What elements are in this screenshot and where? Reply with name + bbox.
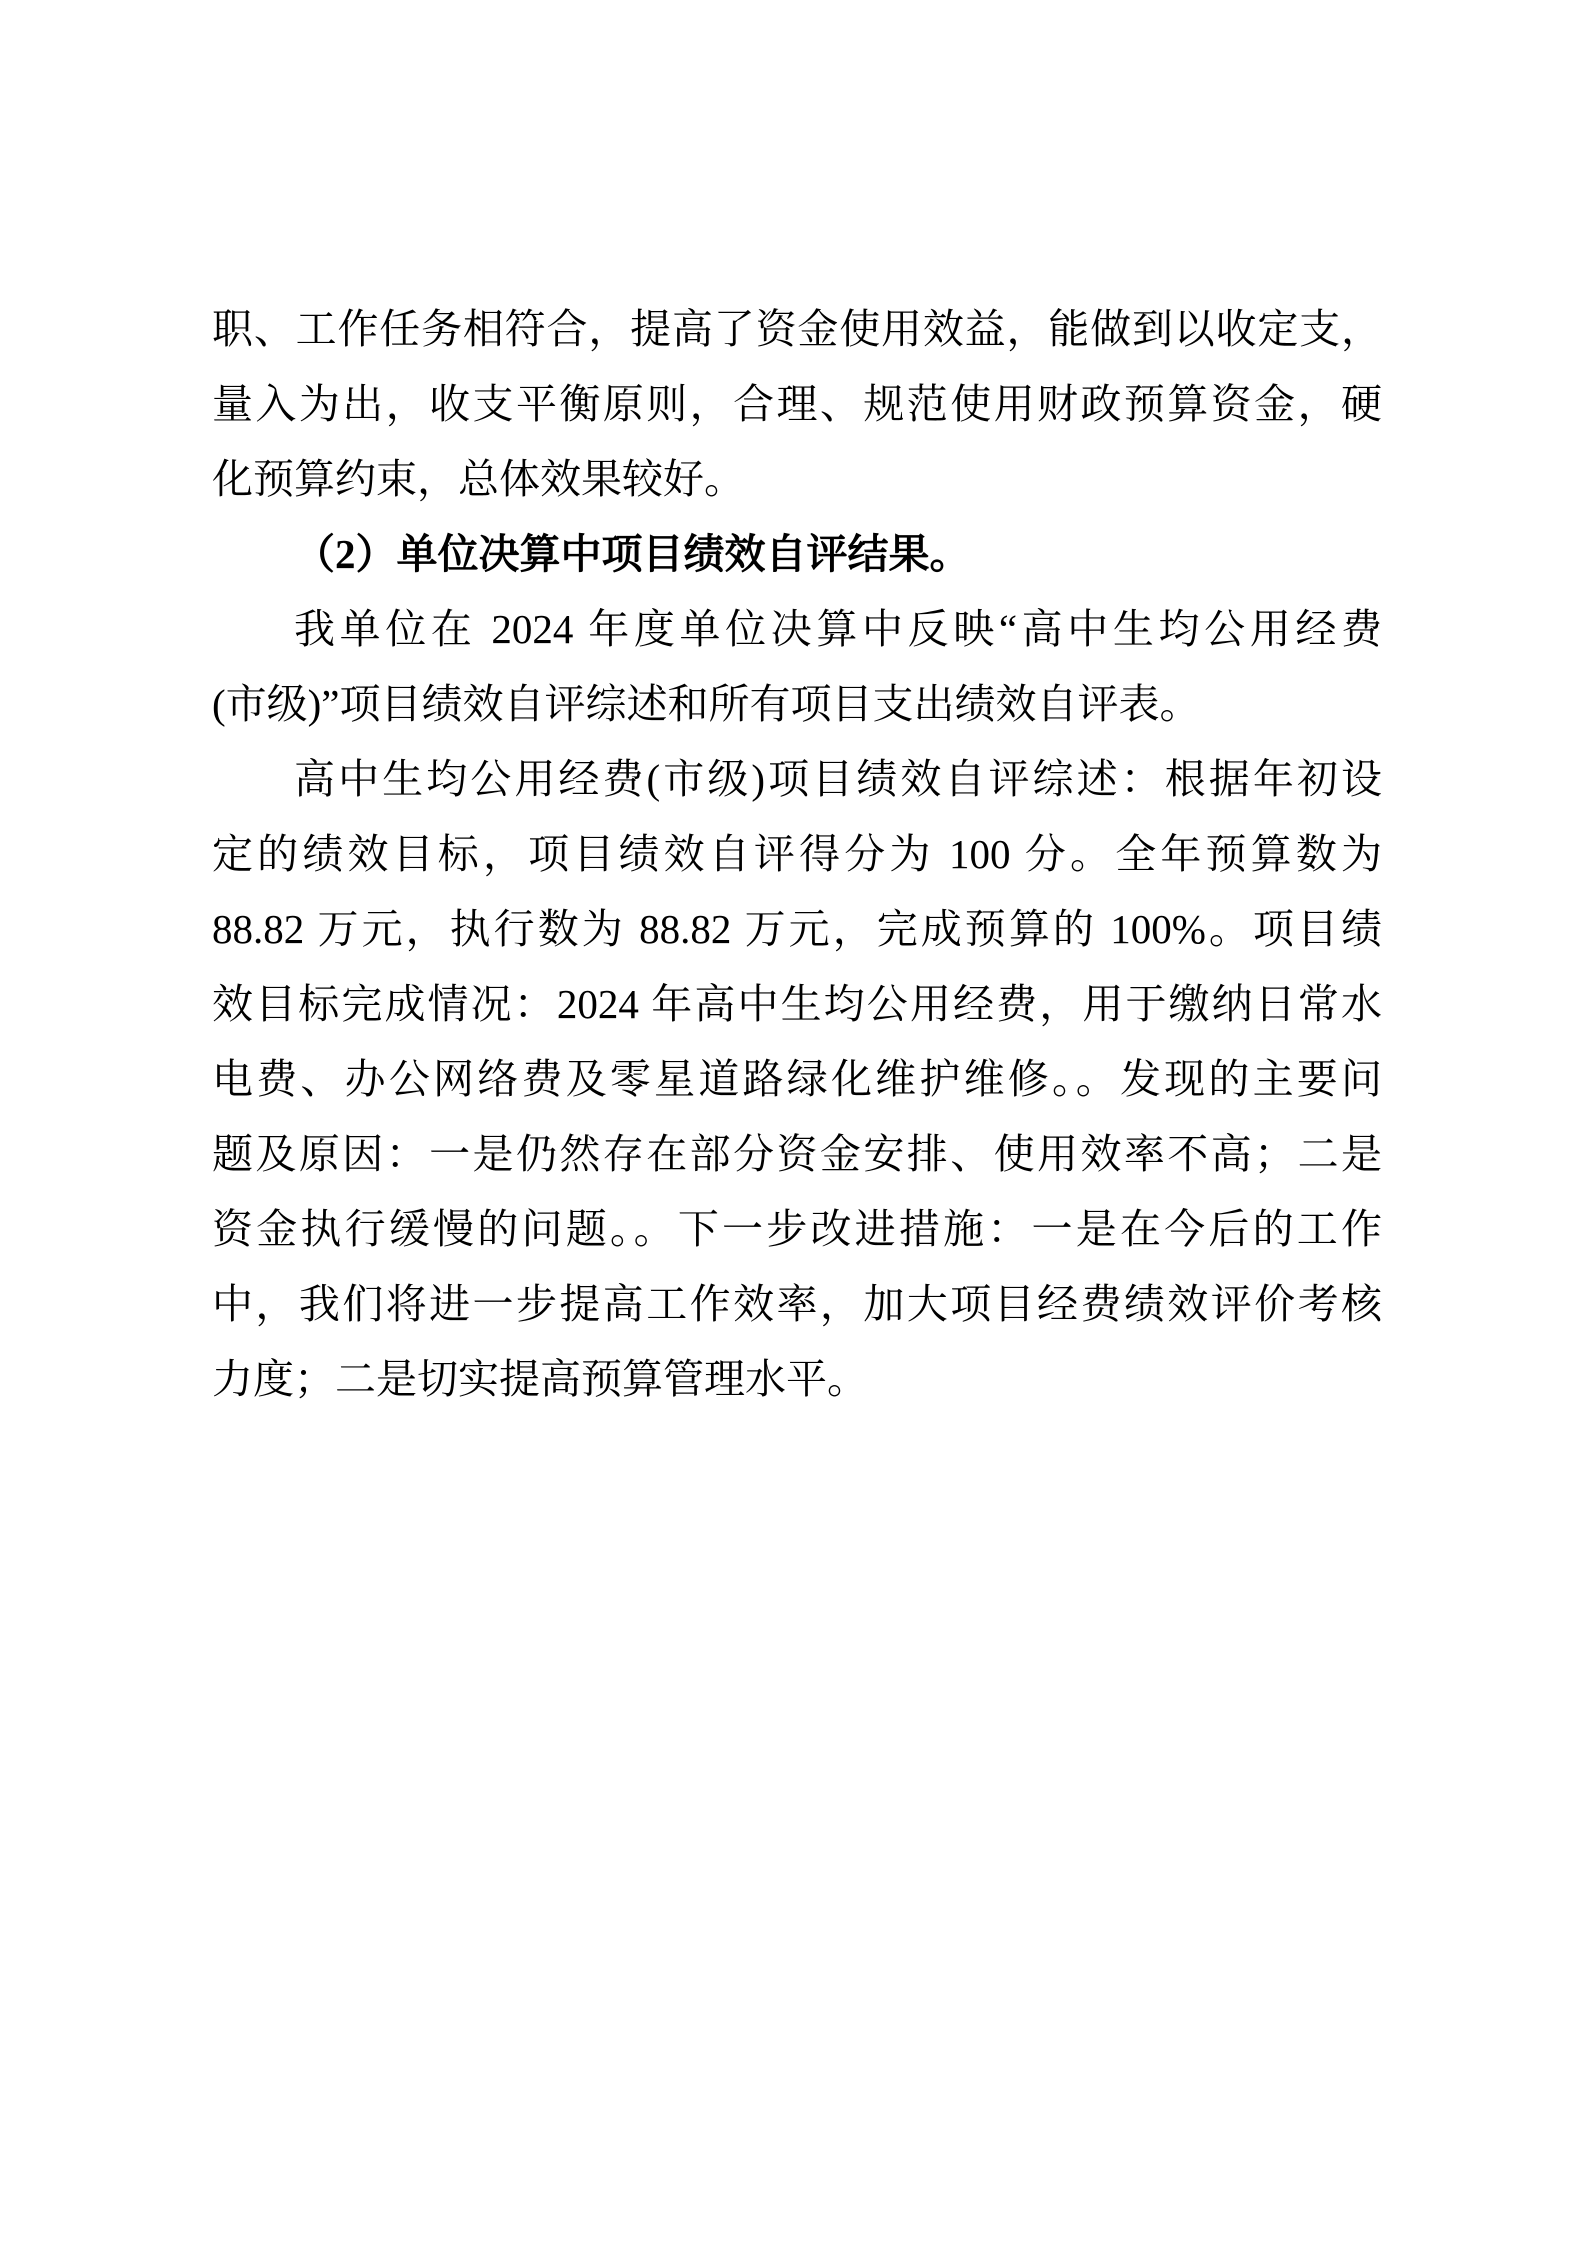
- text-line: 量入为出，收支平衡原则，合理、规范使用财政预算资金，硬: [212, 367, 1382, 442]
- document-text-block: 职、工作任务相符合，提高了资金使用效益，能做到以收定支， 量入为出，收支平衡原则…: [212, 292, 1382, 1417]
- text-line: 中，我们将进一步提高工作效率，加大项目经费绩效评价考核: [212, 1267, 1382, 1342]
- text-line: 88.82 万元，执行数为 88.82 万元，完成预算的 100%。项目绩: [212, 892, 1382, 967]
- text-line: (市级)”项目绩效自评综述和所有项目支出绩效自评表。: [212, 667, 1382, 742]
- section-heading: （2）单位决算中项目绩效自评结果。: [212, 517, 1382, 592]
- text-line: 化预算约束，总体效果较好。: [212, 442, 1382, 517]
- text-line: 我单位在 2024 年度单位决算中反映“高中生均公用经费: [212, 592, 1382, 667]
- document-page: 职、工作任务相符合，提高了资金使用效益，能做到以收定支， 量入为出，收支平衡原则…: [0, 0, 1587, 2245]
- text-line: 职、工作任务相符合，提高了资金使用效益，能做到以收定支，: [212, 292, 1382, 367]
- text-line: 力度；二是切实提高预算管理水平。: [212, 1342, 1382, 1417]
- text-line: 高中生均公用经费(市级)项目绩效自评综述：根据年初设: [212, 742, 1382, 817]
- text-line: 电费、办公网络费及零星道路绿化维护维修。。发现的主要问: [212, 1042, 1382, 1117]
- text-line: 效目标完成情况：2024 年高中生均公用经费，用于缴纳日常水: [212, 967, 1382, 1042]
- text-line: 资金执行缓慢的问题。。下一步改进措施：一是在今后的工作: [212, 1192, 1382, 1267]
- text-line: 定的绩效目标，项目绩效自评得分为 100 分。全年预算数为: [212, 817, 1382, 892]
- text-line: 题及原因：一是仍然存在部分资金安排、使用效率不高；二是: [212, 1117, 1382, 1192]
